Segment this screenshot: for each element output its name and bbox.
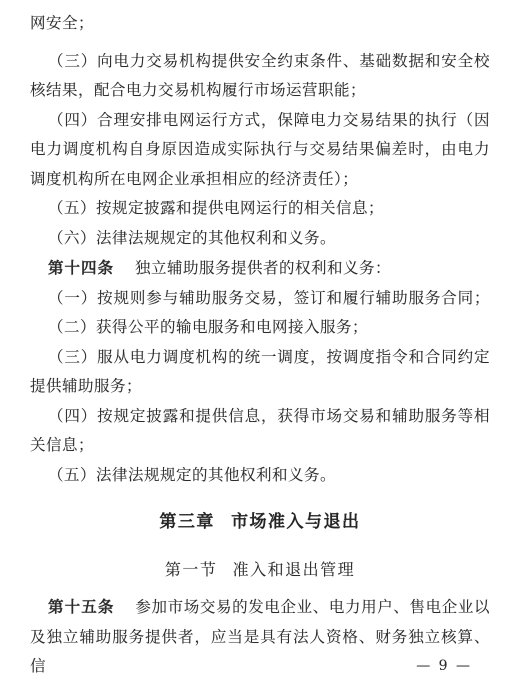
text-line: （二）获得公平的输电服务和电网接入服务； <box>30 313 490 343</box>
chapter-heading: 第三章市场准入与退出 <box>30 507 490 537</box>
line-text: 参加市场交易的发电企业、电力用户、售电企业以 <box>135 598 490 616</box>
line-text: 网安全； <box>30 14 94 32</box>
section-heading: 第一节准入和退出管理 <box>30 556 490 584</box>
text-line: （五）按规定披露和提供电网运行的相关信息； <box>30 194 490 224</box>
line-text: 核结果，配合电力交易机构履行市场运营职能； <box>30 81 366 99</box>
text-line: 电力调度机构自身原因造成实际执行与交易结果偏差时，由电力 <box>30 135 490 165</box>
chapter-title: 市场准入与退出 <box>231 512 361 532</box>
text-line: 网安全； <box>30 9 490 39</box>
line-text: （五）法律法规规定的其他权利和义务。 <box>48 466 336 484</box>
line-text: （四）合理安排电网运行方式，保障电力交易结果的执行（因 <box>48 111 490 129</box>
text-line: （一）按规则参与辅助服务交易，签订和履行辅助服务合同； <box>30 284 490 314</box>
line-text: （三）向电力交易机构提供安全约束条件、基础数据和安全校 <box>48 52 490 70</box>
text-line: 关信息； <box>30 431 490 461</box>
text-line: 提供辅助服务； <box>30 372 490 402</box>
line-text: 关信息； <box>30 436 94 454</box>
document-page: 网安全； （三）向电力交易机构提供安全约束条件、基础数据和安全校 核结果，配合电… <box>0 0 520 700</box>
line-text: （六）法律法规规定的其他权利和义务。 <box>48 229 336 247</box>
article-number: 第十五条 <box>48 597 115 616</box>
text-line-article-14: 第十四条独立辅助服务提供者的权利和义务： <box>30 253 490 284</box>
text-line: （三）向电力交易机构提供安全约束条件、基础数据和安全校 <box>30 47 490 77</box>
text-line: （四）按规定披露和提供信息，获得市场交易和辅助服务等相 <box>30 402 490 432</box>
line-text: （三）服从电力调度机构的统一调度，按调度指令和合同约定 <box>48 348 490 366</box>
line-text: 电力调度机构自身原因造成实际执行与交易结果偏差时，由电力 <box>30 140 490 158</box>
text-line: （六）法律法规规定的其他权利和义务。 <box>30 224 490 254</box>
page-number: — 9 — <box>416 658 472 674</box>
text-line: 调度机构所在电网企业承担相应的经济责任）； <box>30 165 490 195</box>
section-title: 准入和退出管理 <box>233 560 356 579</box>
line-text: 提供辅助服务； <box>30 377 142 395</box>
page-content: 网安全； （三）向电力交易机构提供安全约束条件、基础数据和安全校 核结果，配合电… <box>0 0 520 682</box>
line-text: （五）按规定披露和提供电网运行的相关信息； <box>48 199 384 217</box>
text-line: （五）法律法规规定的其他权利和义务。 <box>30 461 490 491</box>
line-text: （四）按规定披露和提供信息，获得市场交易和辅助服务等相 <box>48 407 490 425</box>
chapter-number: 第三章 <box>159 512 215 532</box>
section-number: 第一节 <box>165 560 218 579</box>
line-text: 调度机构所在电网企业承担相应的经济责任）； <box>30 170 358 188</box>
text-line: （四）合理安排电网运行方式，保障电力交易结果的执行（因 <box>30 106 490 136</box>
text-line: 核结果，配合电力交易机构履行市场运营职能； <box>30 76 490 106</box>
line-text: 独立辅助服务提供者的权利和义务： <box>135 259 391 277</box>
text-line-article-15: 第十五条参加市场交易的发电企业、电力用户、售电企业以 <box>30 592 490 623</box>
text-line: （三）服从电力调度机构的统一调度，按调度指令和合同约定 <box>30 343 490 373</box>
line-text: （二）获得公平的输电服务和电网接入服务； <box>48 318 368 336</box>
article-number: 第十四条 <box>48 258 114 277</box>
line-text: （一）按规则参与辅助服务交易，签订和履行辅助服务合同； <box>48 289 490 307</box>
